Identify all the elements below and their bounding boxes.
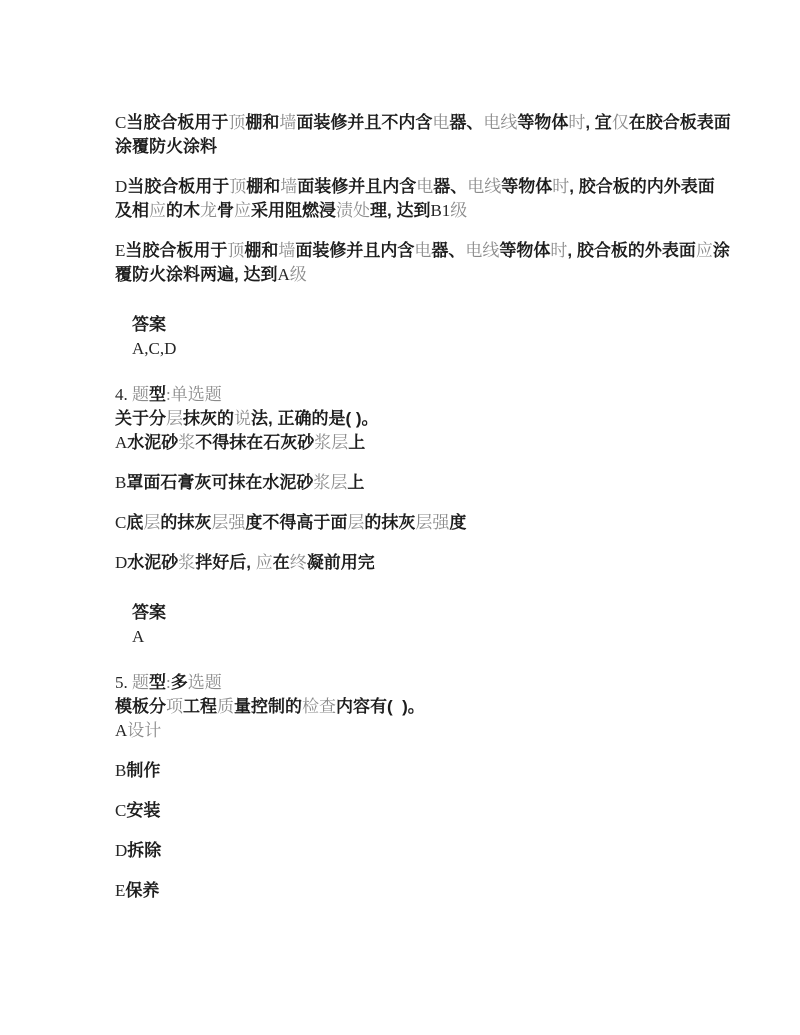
text-segment: 涂 <box>713 241 730 260</box>
text-segment: 模板分 <box>115 697 166 716</box>
text-segment: 顶 <box>227 241 244 260</box>
text-segment: 器、 <box>449 113 483 132</box>
text-segment: 选题 <box>188 673 222 692</box>
text-segment: 级 <box>290 265 307 284</box>
text-segment: 电 <box>432 113 449 132</box>
text-segment: 当胶合板用于 <box>126 113 228 132</box>
text-segment: 覆防火涂料两遍, 达到 <box>115 265 277 284</box>
text-segment: C <box>115 513 126 532</box>
text-segment: 应 <box>234 201 251 220</box>
text-segment: 制作 <box>126 761 160 780</box>
text-segment: 面装修并且内含 <box>297 177 416 196</box>
text-segment: 上 <box>347 473 364 492</box>
text-segment: 在胶合板表面 <box>629 113 731 132</box>
text-segment: 时 <box>552 177 569 196</box>
text-segment: 时 <box>568 113 585 132</box>
question3-answer-label: 答案 <box>115 313 755 337</box>
question4-option-a: A水泥砂浆不得抹在石灰砂浆层上 <box>115 431 755 455</box>
page: C当胶合板用于顶棚和墙面装修并且不内含电器、电线等物体时, 宜仅在胶合板表面涂覆… <box>0 0 800 1035</box>
text-segment: 质 <box>217 697 234 716</box>
text-segment: 电 <box>414 241 431 260</box>
text-segment: 说 <box>234 409 251 428</box>
text-segment: 浆层 <box>313 473 347 492</box>
question5-option-b: B制作 <box>115 759 755 783</box>
text-segment: 层 <box>143 513 160 532</box>
text-segment: , 胶合板的内外表面 <box>569 177 714 196</box>
text-segment: 答案 <box>132 603 166 622</box>
text-segment: 渍处 <box>336 201 370 220</box>
text-segment: 电 <box>416 177 433 196</box>
text-segment: 电线 <box>467 177 501 196</box>
text-segment: 浆层 <box>314 433 348 452</box>
text-segment: A <box>132 627 144 646</box>
text-segment: :单选题 <box>166 385 222 404</box>
text-segment: 题 <box>132 385 149 404</box>
text-segment: 骨 <box>217 201 234 220</box>
question4-option-b: B罩面石膏灰可抹在水泥砂浆层上 <box>115 471 755 495</box>
text-segment: 等物体 <box>499 241 550 260</box>
text-segment: B <box>115 761 126 780</box>
question4-answer-label: 答案 <box>115 601 755 625</box>
text-segment: 底 <box>126 513 143 532</box>
text-segment: 应 <box>256 553 273 572</box>
text-segment: 不得抹在石灰砂 <box>195 433 314 452</box>
question5-header: 5. 题型:多选题 <box>115 671 755 695</box>
text-segment: 终 <box>290 553 307 572</box>
text-segment: A <box>277 265 289 284</box>
question5-option-e: E保养 <box>115 879 755 903</box>
text-segment: 保养 <box>125 881 159 900</box>
text-segment: 内容有( )。 <box>336 697 425 716</box>
text-segment: 电线 <box>465 241 499 260</box>
text-segment: 器、 <box>431 241 465 260</box>
text-segment: 仅 <box>612 113 629 132</box>
text-segment: 量控制的 <box>234 697 302 716</box>
text-segment: D <box>115 841 127 860</box>
text-segment: 应 <box>149 201 166 220</box>
text-segment: 浆 <box>178 433 195 452</box>
text-segment: 型 <box>149 673 166 692</box>
text-segment: 墙 <box>280 177 297 196</box>
question5-option-a: A设计 <box>115 719 755 743</box>
text-segment: A <box>115 721 127 740</box>
text-segment: 顶 <box>229 177 246 196</box>
text-segment: , 宜 <box>585 113 611 132</box>
text-segment: 棚和 <box>245 113 279 132</box>
question3-answer-value: A,C,D <box>115 337 755 361</box>
text-segment: 墙 <box>278 241 295 260</box>
question4-option-c: C底层的抹灰层强度不得高于面层的抹灰层强度 <box>115 511 755 535</box>
question4-answer-value: A <box>115 625 755 649</box>
text-segment: , 胶合板的外表面 <box>567 241 695 260</box>
text-segment: A <box>115 433 127 452</box>
exam-document-body: C当胶合板用于顶棚和墙面装修并且不内含电器、电线等物体时, 宜仅在胶合板表面涂覆… <box>115 111 755 903</box>
text-segment: 器、 <box>433 177 467 196</box>
text-segment: C <box>115 801 126 820</box>
question5-option-d: D拆除 <box>115 839 755 863</box>
text-segment: 法, 正确的是( )。 <box>251 409 379 428</box>
text-segment: 层强 <box>211 513 245 532</box>
text-segment: A,C,D <box>132 339 176 358</box>
text-segment: 理, 达到 <box>370 201 430 220</box>
text-segment: 工程 <box>183 697 217 716</box>
text-segment: 凝前用完 <box>307 553 375 572</box>
text-segment: 水泥砂 <box>127 433 178 452</box>
text-segment: 及相 <box>115 201 149 220</box>
text-segment: 应 <box>696 241 713 260</box>
text-segment: 答案 <box>132 315 166 334</box>
text-segment: C <box>115 113 126 132</box>
text-segment: 棚和 <box>246 177 280 196</box>
text-segment: 采用阻燃浸 <box>251 201 336 220</box>
text-segment: 的木 <box>166 201 200 220</box>
text-segment: 4. <box>115 385 132 404</box>
text-segment: 在 <box>273 553 290 572</box>
question4-header: 4. 题型:单选题 <box>115 383 755 407</box>
text-segment: 型 <box>149 385 166 404</box>
text-segment: B <box>115 473 126 492</box>
question4-option-d: D水泥砂浆拌好后, 应在终凝前用完 <box>115 551 755 575</box>
question3-option-c: C当胶合板用于顶棚和墙面装修并且不内含电器、电线等物体时, 宜仅在胶合板表面涂覆… <box>115 111 755 159</box>
text-segment: 面装修并且不内含 <box>296 113 432 132</box>
text-segment: 上 <box>348 433 365 452</box>
text-segment: 级 <box>450 201 467 220</box>
text-segment: 时 <box>550 241 567 260</box>
text-segment: 水泥砂 <box>127 553 178 572</box>
text-segment: 电线 <box>483 113 517 132</box>
text-segment: 设计 <box>127 721 161 740</box>
text-segment: 的抹灰 <box>364 513 415 532</box>
question3-option-d: D当胶合板用于顶棚和墙面装修并且内含电器、电线等物体时, 胶合板的内外表面及相应… <box>115 175 755 223</box>
text-segment: 题 <box>132 673 149 692</box>
text-segment: 罩面石膏灰可抹在水泥砂 <box>126 473 313 492</box>
text-segment: 多 <box>171 673 188 692</box>
text-segment: 检查 <box>302 697 336 716</box>
text-segment: 度 <box>449 513 466 532</box>
text-segment: 度不得高于面 <box>245 513 347 532</box>
text-segment: 层强 <box>415 513 449 532</box>
text-segment: D <box>115 553 127 572</box>
text-segment: 浆 <box>178 553 195 572</box>
text-segment: 拌好后, <box>195 553 255 572</box>
text-segment: E <box>115 881 125 900</box>
text-segment: 顶 <box>228 113 245 132</box>
text-segment: 层 <box>166 409 183 428</box>
text-segment: 涂覆防火涂料 <box>115 137 217 156</box>
text-segment: 项 <box>166 697 183 716</box>
text-segment: 等物体 <box>501 177 552 196</box>
text-segment: 层 <box>347 513 364 532</box>
text-segment: 安装 <box>126 801 160 820</box>
text-segment: 当胶合板用于 <box>125 241 227 260</box>
text-segment: B1 <box>430 201 450 220</box>
text-segment: 拆除 <box>127 841 161 860</box>
text-segment: 面装修并且内含 <box>295 241 414 260</box>
text-segment: 等物体 <box>517 113 568 132</box>
question5-option-c: C安装 <box>115 799 755 823</box>
question3-option-e: E当胶合板用于顶棚和墙面装修并且内含电器、电线等物体时, 胶合板的外表面应涂覆防… <box>115 239 755 287</box>
question5-stem: 模板分项工程质量控制的检查内容有( )。 <box>115 695 755 719</box>
text-segment: 抹灰的 <box>183 409 234 428</box>
text-segment: 当胶合板用于 <box>127 177 229 196</box>
text-segment: D <box>115 177 127 196</box>
text-segment: E <box>115 241 125 260</box>
text-segment: 的抹灰 <box>160 513 211 532</box>
text-segment: 龙 <box>200 201 217 220</box>
text-segment: 5. <box>115 673 132 692</box>
text-segment: 墙 <box>279 113 296 132</box>
text-segment: 关于分 <box>115 409 166 428</box>
question4-stem: 关于分层抹灰的说法, 正确的是( )。 <box>115 407 755 431</box>
text-segment: 棚和 <box>244 241 278 260</box>
